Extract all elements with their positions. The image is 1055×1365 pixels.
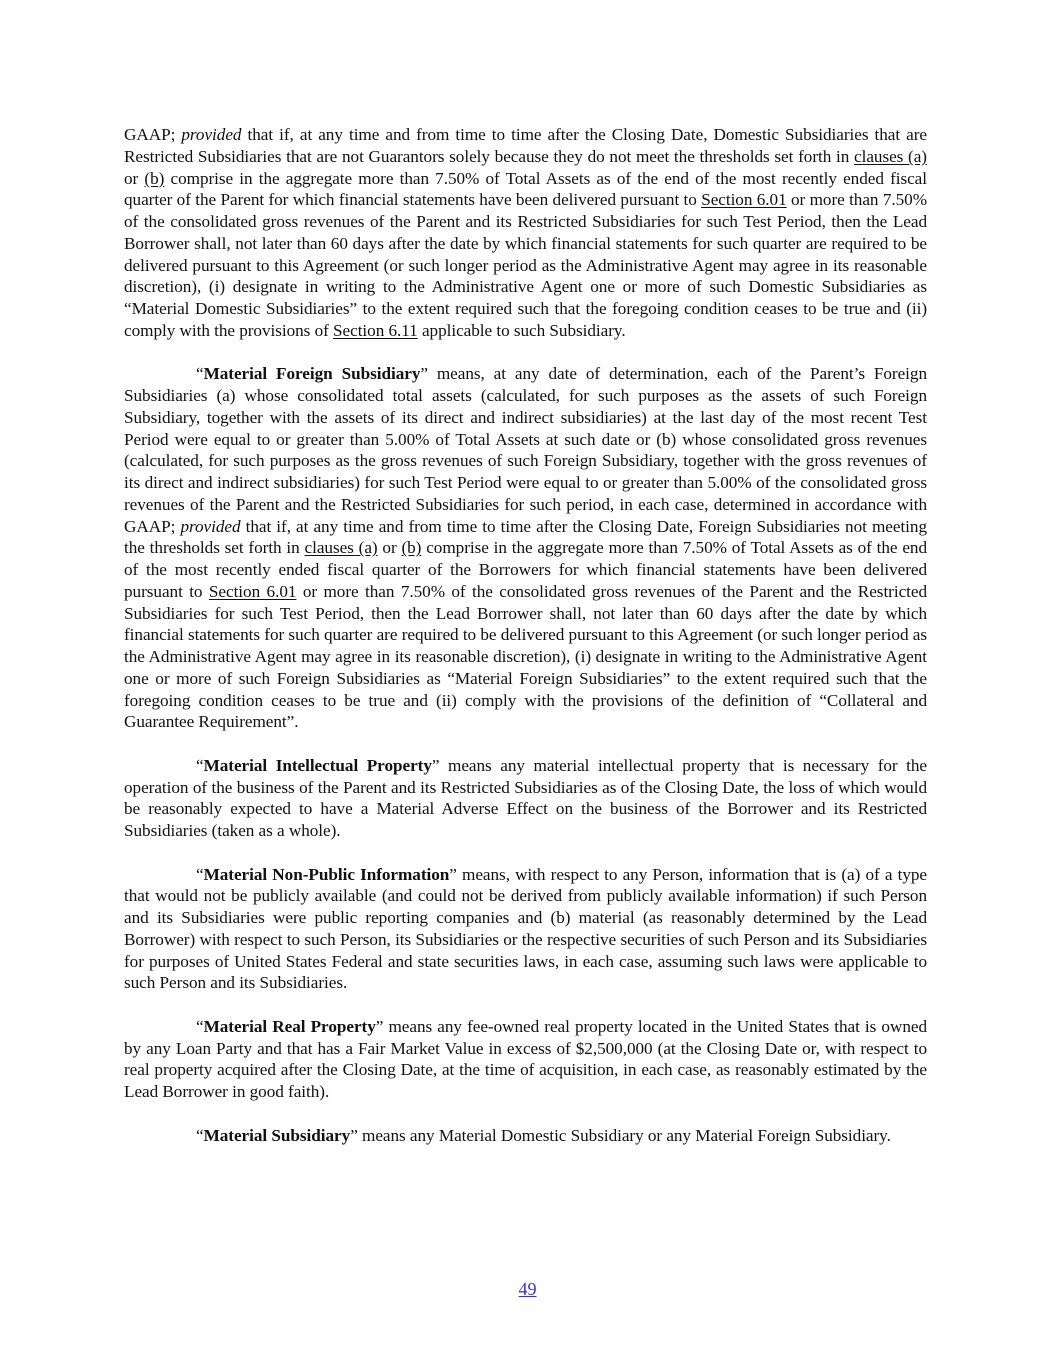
paragraph-domestic-subsidiary-continuation: GAAP; provided that if, at any time and … [124, 124, 927, 342]
document-page-body: GAAP; provided that if, at any time and … [124, 124, 927, 1168]
cross-reference: Section 6.01 [701, 190, 786, 209]
defined-term: Material Intellectual Property [204, 756, 432, 775]
cross-reference: clauses (a) [854, 147, 927, 166]
page-number-link[interactable]: 49 [519, 1279, 537, 1299]
body-text: that if, at any time and from time to ti… [124, 125, 927, 166]
body-text: applicable to such Subsidiary. [418, 321, 626, 340]
body-text: or more than 7.50% of the consolidated g… [124, 190, 927, 340]
body-text: “ [196, 756, 204, 775]
cross-reference: (b) [401, 538, 421, 557]
cross-reference: Section 6.11 [333, 321, 418, 340]
body-text: ” means, at any date of determination, e… [124, 364, 927, 535]
emphasis-text: provided [181, 125, 241, 144]
body-text: or more than 7.50% of the consolidated g… [124, 582, 927, 732]
page-number-footer: 49 [0, 1279, 1055, 1300]
definition-material-non-public-information: “Material Non-Public Information” means,… [124, 864, 927, 995]
definition-material-intellectual-property: “Material Intellectual Property” means a… [124, 755, 927, 842]
defined-term: Material Real Property [204, 1017, 376, 1036]
definition-material-foreign-subsidiary: “Material Foreign Subsidiary” means, at … [124, 363, 927, 733]
body-text: “ [196, 1126, 204, 1145]
defined-term: Material Foreign Subsidiary [204, 364, 421, 383]
body-text: or [124, 169, 144, 188]
definition-material-real-property: “Material Real Property” means any fee-o… [124, 1016, 927, 1103]
body-text: ” means any Material Domestic Subsidiary… [350, 1126, 891, 1145]
cross-reference: clauses (a) [305, 538, 378, 557]
defined-term: Material Subsidiary [204, 1126, 351, 1145]
definition-material-subsidiary: “Material Subsidiary” means any Material… [124, 1125, 927, 1147]
body-text: GAAP; [124, 125, 181, 144]
emphasis-text: provided [180, 517, 240, 536]
cross-reference: (b) [144, 169, 164, 188]
body-text: “ [196, 1017, 204, 1036]
body-text: or [378, 538, 402, 557]
cross-reference: Section 6.01 [209, 582, 297, 601]
body-text: “ [196, 865, 204, 884]
defined-term: Material Non-Public Information [204, 865, 450, 884]
body-text: “ [196, 364, 204, 383]
